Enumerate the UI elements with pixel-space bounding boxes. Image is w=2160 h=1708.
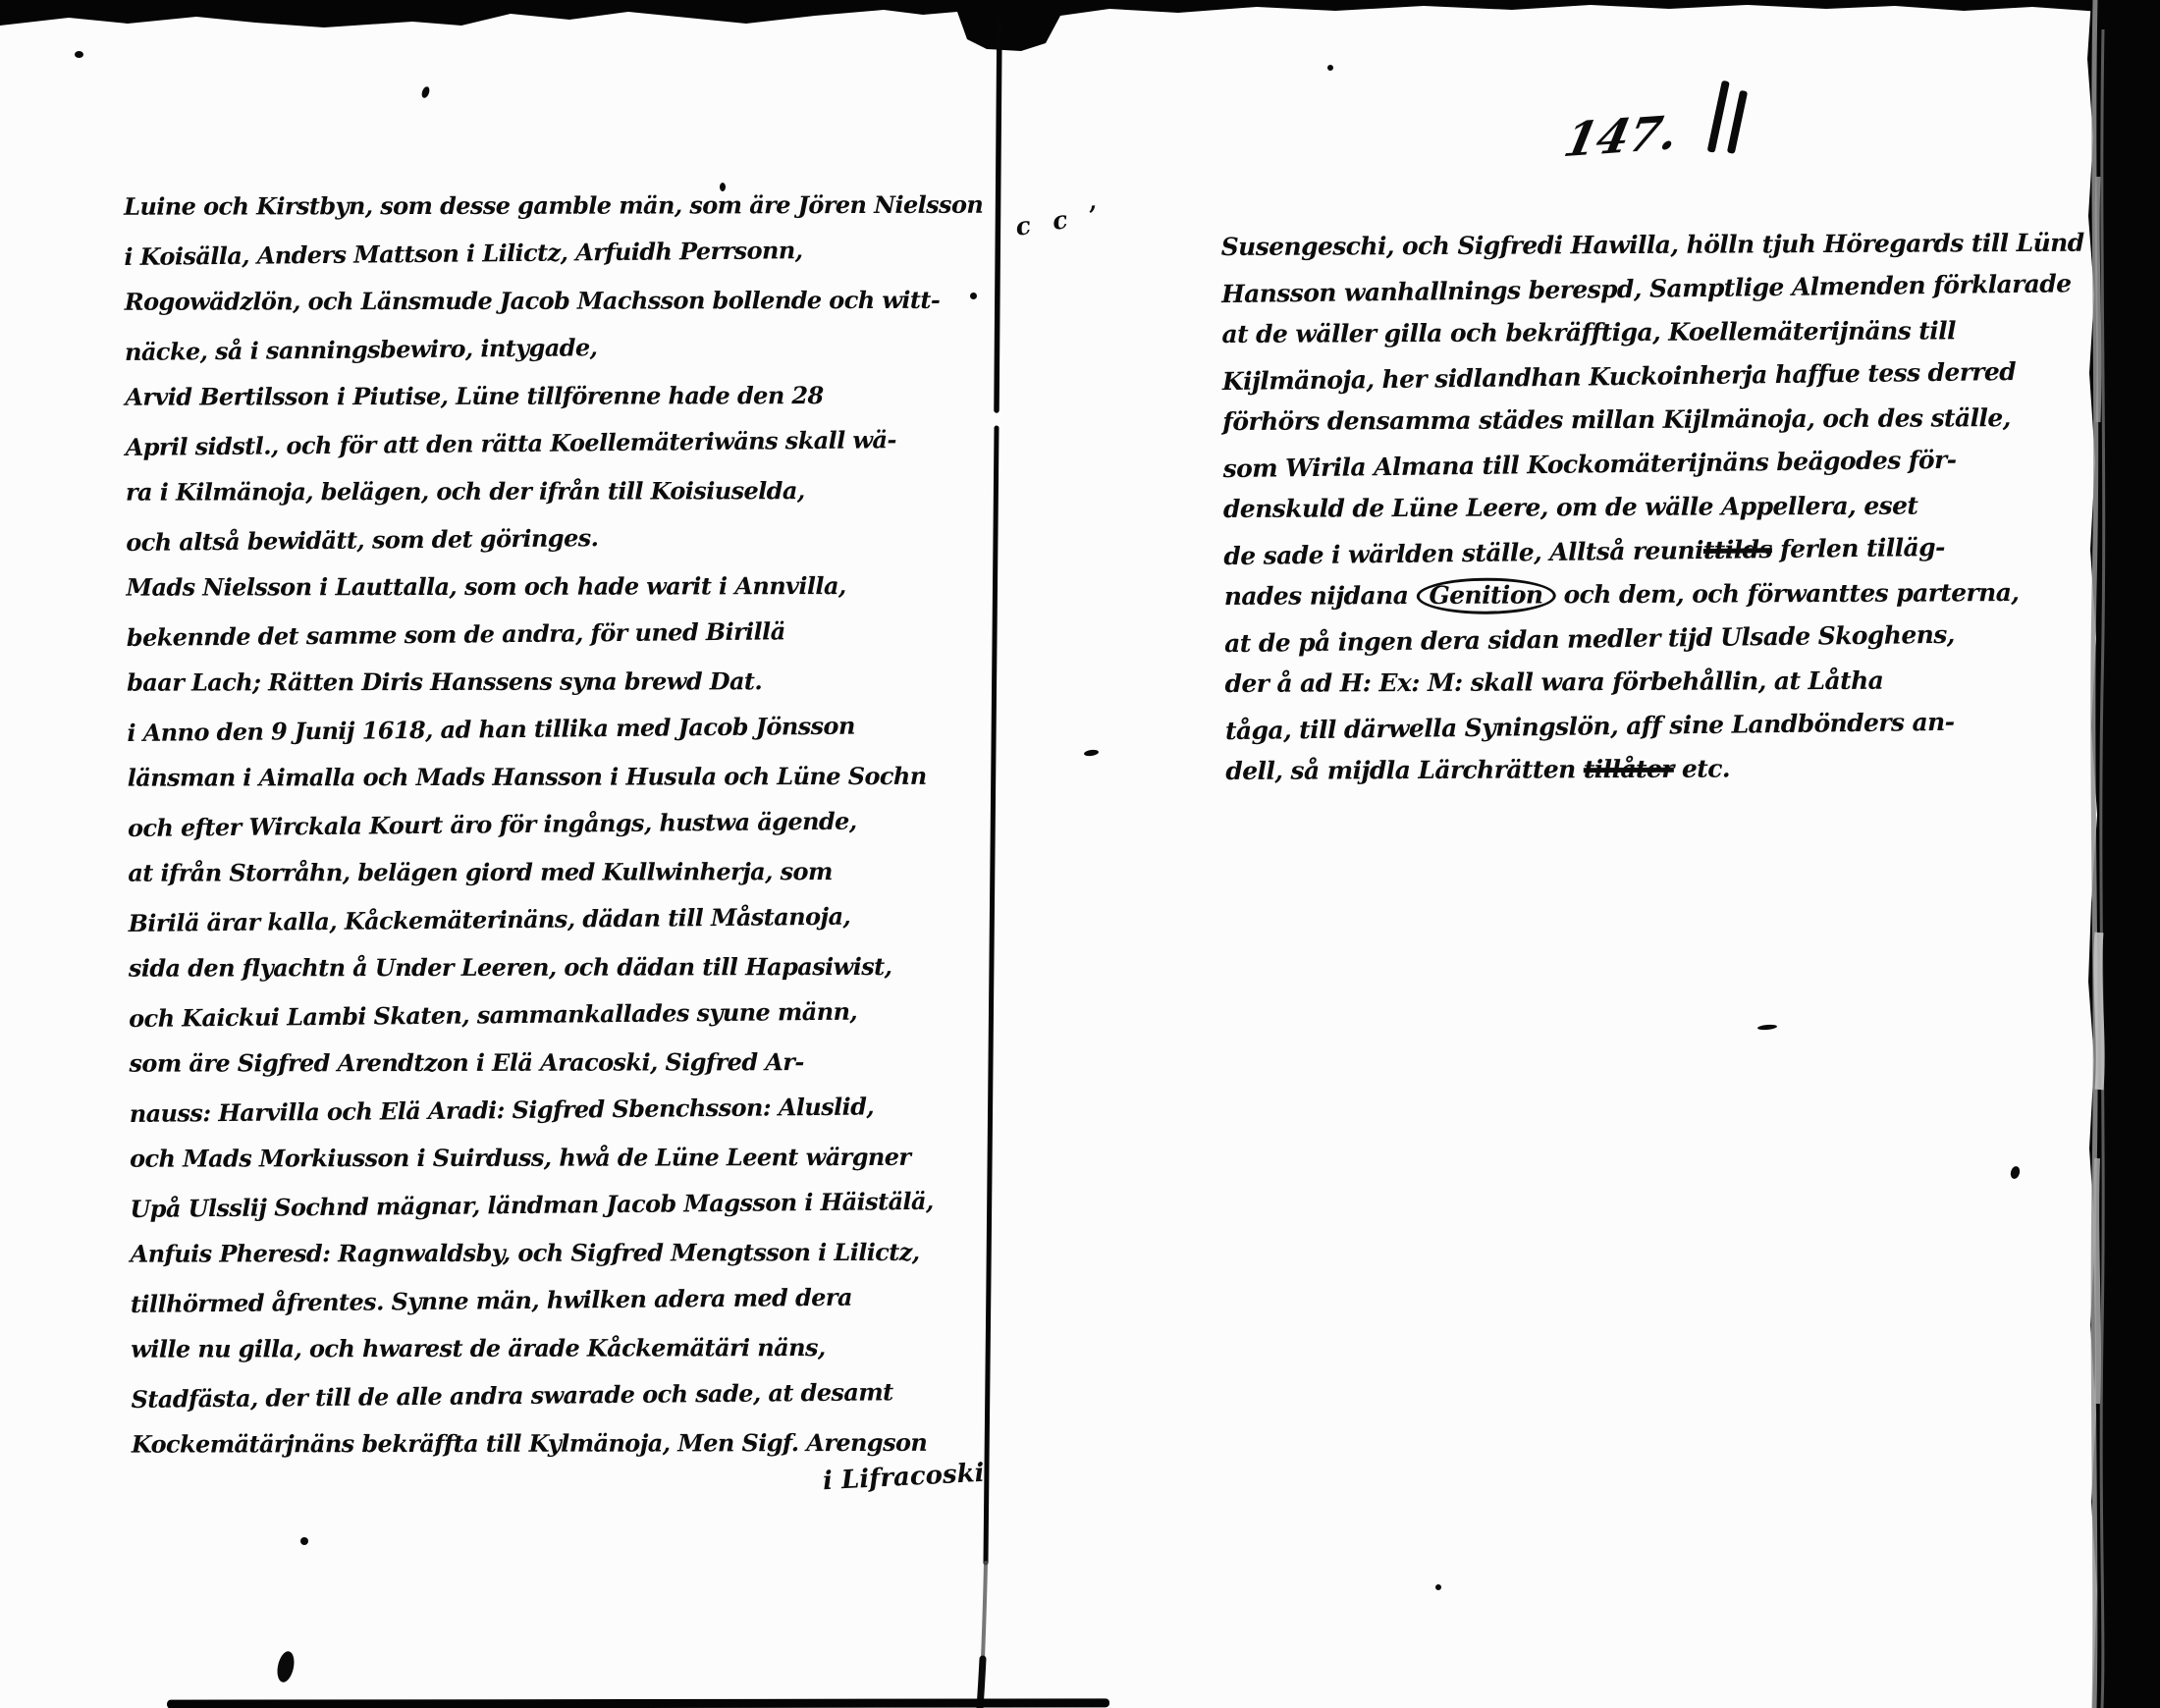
right-page-text: Susengeschi, och Sigfredi Hawilla, hölln… bbox=[1220, 220, 2030, 795]
manuscript-line: Hansson wanhallnings berespd, Samptlige … bbox=[1221, 262, 2026, 316]
manuscript-line: denskuld de Lüne Leere, om de wälle Appe… bbox=[1223, 484, 2028, 532]
manuscript-line: at de på ingen dera sidan medler tijd Ul… bbox=[1224, 612, 2029, 666]
manuscript-line: och efter Wirckala Kourt äro för ingångs… bbox=[128, 799, 717, 852]
ink-speck bbox=[1757, 1024, 1777, 1031]
ink-speck bbox=[75, 51, 83, 58]
scan-edge-bottom bbox=[167, 1698, 1109, 1708]
manuscript-line: wille nu gilla, och hwarest de ärade Kåc… bbox=[131, 1324, 720, 1373]
ink-speck bbox=[970, 293, 977, 299]
scan-edge-top bbox=[0, 0, 2160, 59]
manuscript-line: dell, så mijdla Lärchrätten tillåter etc… bbox=[1225, 746, 2030, 794]
ink-speck bbox=[275, 1650, 297, 1684]
ink-speck bbox=[2009, 1165, 2021, 1180]
manuscript-line: Rogowädzlön, och Länsmude Jacob Machsson… bbox=[125, 277, 714, 326]
manuscript-line: förhörs densamma städes millan Kijlmänoj… bbox=[1222, 397, 2027, 445]
manuscript-line: at de wäller gilla och bekräfftiga, Koel… bbox=[1221, 309, 2026, 357]
manuscript-line: nauss: Harvilla och Elä Aradi: Sigfred S… bbox=[130, 1085, 719, 1138]
manuscript-scan: 147. c c ’ Luine och Kirstbyn, som desse… bbox=[0, 0, 2160, 1708]
manuscript-line: länsman i Aimalla och Mads Hansson i Hus… bbox=[128, 753, 717, 802]
left-page-text: Luine och Kirstbyn, som desse gamble män… bbox=[124, 181, 721, 1469]
manuscript-line: och altså bewidätt, som det göringes. bbox=[126, 513, 715, 566]
manuscript-line: Kockemätärjnäns bekräffta till Kylmänoja… bbox=[132, 1419, 721, 1468]
ink-speck bbox=[720, 183, 726, 191]
ink-speck bbox=[1435, 1584, 1441, 1590]
ink-blot-stroke bbox=[1707, 80, 1730, 153]
ink-speck bbox=[420, 85, 431, 99]
manuscript-line: i Anno den 9 Junij 1618, ad han tillika … bbox=[127, 704, 716, 757]
manuscript-line: Kijlmänoja, her sidlandhan Kuckoinherja … bbox=[1222, 349, 2027, 403]
manuscript-line: tillhörmed åfrentes. Synne män, hwilken … bbox=[131, 1275, 720, 1328]
manuscript-line: Mads Nielsson i Lauttalla, som och hade … bbox=[126, 562, 715, 612]
manuscript-line: der å ad H: Ex: M: skall wara förbehålli… bbox=[1224, 659, 2029, 707]
book-gutter-line bbox=[923, 0, 1060, 1708]
manuscript-line: at ifrån Storråhn, belägen giord med Kul… bbox=[128, 848, 717, 897]
manuscript-line: baar Lach; Rätten Diris Hanssens syna br… bbox=[127, 658, 716, 707]
manuscript-line: som Wirila Almana till Kockomäterijnäns … bbox=[1222, 437, 2027, 491]
manuscript-line: Luine och Kirstbyn, som desse gamble män… bbox=[124, 182, 713, 231]
manuscript-line: Anfuis Pheresd: Ragnwaldsby, och Sigfred… bbox=[131, 1229, 720, 1278]
manuscript-line: ra i Kilmänoja, belägen, och der ifrån t… bbox=[126, 467, 715, 516]
ink-speck bbox=[300, 1537, 308, 1545]
manuscript-line: som äre Sigfred Arendtzon i Elä Aracoski… bbox=[129, 1039, 718, 1088]
ink-blot bbox=[1703, 80, 1755, 158]
manuscript-line: bekennde det samme som de andra, för une… bbox=[127, 609, 716, 662]
manuscript-line: sida den flyachtn å Under Leeren, och dä… bbox=[129, 943, 718, 992]
manuscript-line: Arvid Bertilsson i Piutise, Lüne tillför… bbox=[125, 372, 714, 421]
manuscript-line: och Mads Morkiusson i Suirduss, hwå de L… bbox=[130, 1134, 719, 1183]
manuscript-line: Susengeschi, och Sigfredi Hawilla, hölln… bbox=[1221, 222, 2026, 270]
ink-blot-stroke bbox=[1727, 90, 1748, 154]
manuscript-line: de sade i wärlden ställe, Alltså reunitt… bbox=[1223, 524, 2028, 578]
manuscript-line: i Koisälla, Anders Mattson i Lilictz, Ar… bbox=[124, 228, 713, 281]
manuscript-line: tåga, till därwella Syningslön, aff sine… bbox=[1225, 699, 2030, 753]
manuscript-line: och Kaickui Lambi Skaten, sammankallades… bbox=[129, 989, 718, 1042]
manuscript-line: Birilä ärar kalla, Kåckemäterinäns, däda… bbox=[128, 894, 717, 947]
manuscript-line: nades nijdana Genition och dem, och förw… bbox=[1224, 571, 2029, 619]
manuscript-line: April sidstl., och för att den rätta Koe… bbox=[125, 418, 714, 471]
ink-speck bbox=[1084, 749, 1100, 757]
manuscript-line: Upå Ulsslij Sochnd mägnar, ländman Jacob… bbox=[130, 1180, 719, 1233]
ink-speck bbox=[1327, 65, 1333, 71]
manuscript-line: näcke, så i sanningsbewiro, intygade, bbox=[125, 323, 714, 376]
manuscript-line: Stadfästa, der till de alle andra swarad… bbox=[131, 1370, 720, 1423]
page-number: 147. bbox=[1559, 106, 1683, 169]
